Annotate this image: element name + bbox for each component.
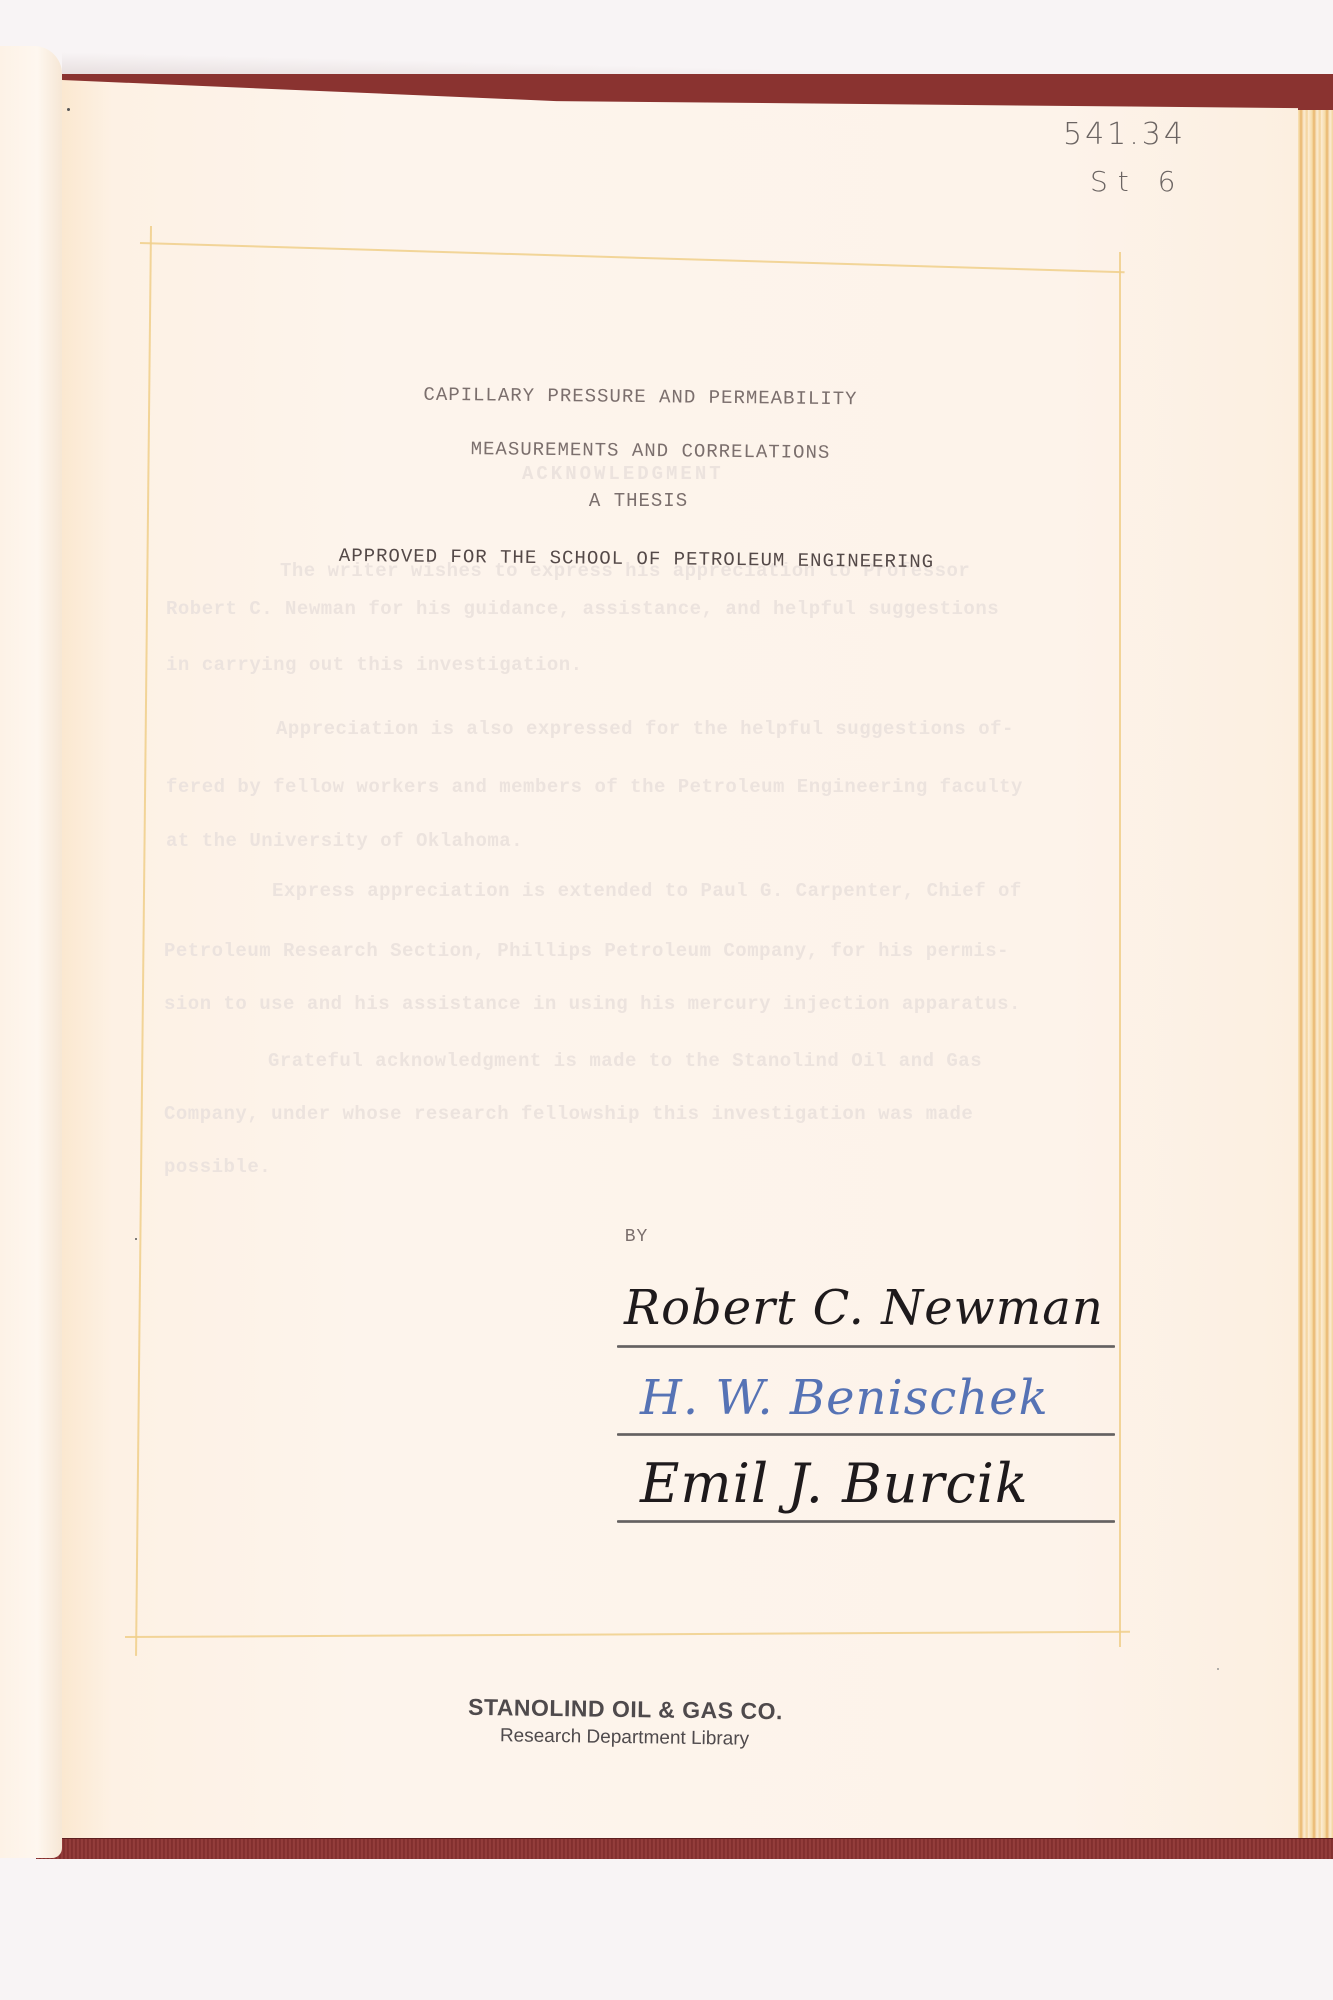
- bleed-line: Company, under whose research fellowship…: [164, 1103, 973, 1125]
- bleed-line: Appreciation is also expressed for the h…: [276, 718, 1014, 740]
- bleed-line: at the University of Oklahoma.: [166, 830, 523, 852]
- signature-3: Emil J. Burcik: [640, 1452, 1029, 1515]
- paper-speck: [67, 108, 70, 111]
- bleed-line: Grateful acknowledgment is made to the S…: [268, 1050, 982, 1072]
- bleed-line: Petroleum Research Section, Phillips Pet…: [164, 940, 1009, 962]
- paper-speck: [1217, 1668, 1219, 1670]
- by-label: BY: [0, 1227, 1303, 1247]
- call-number-line1: 541.34: [1063, 117, 1186, 152]
- call-number-line2: St 6: [1090, 165, 1185, 198]
- page-edges: [1296, 110, 1333, 1838]
- thesis-subtitle: A THESIS: [0, 490, 1305, 512]
- signature-line-1: [617, 1345, 1115, 1348]
- bleed-line: possible.: [164, 1156, 271, 1178]
- bleed-heading: ACKNOWLEDGMENT: [522, 463, 724, 485]
- signature-1: Robert C. Newman: [624, 1280, 1104, 1336]
- bleed-line: fered by fellow workers and members of t…: [166, 776, 1023, 798]
- bleed-line: in carrying out this investigation.: [166, 654, 583, 676]
- signature-2: H. W. Benischek: [640, 1370, 1049, 1426]
- paper-speck: [135, 1238, 137, 1240]
- facing-page-curl: [0, 46, 62, 1858]
- signature-line-3: [617, 1520, 1115, 1523]
- bleed-line: sion to use and his assistance in using …: [164, 993, 1021, 1015]
- bleed-line: Robert C. Newman for his guidance, assis…: [166, 598, 999, 620]
- binding-cloth-edge: [36, 1838, 1333, 1859]
- signature-line-2: [617, 1433, 1115, 1436]
- bleed-line: Express appreciation is extended to Paul…: [272, 880, 1022, 902]
